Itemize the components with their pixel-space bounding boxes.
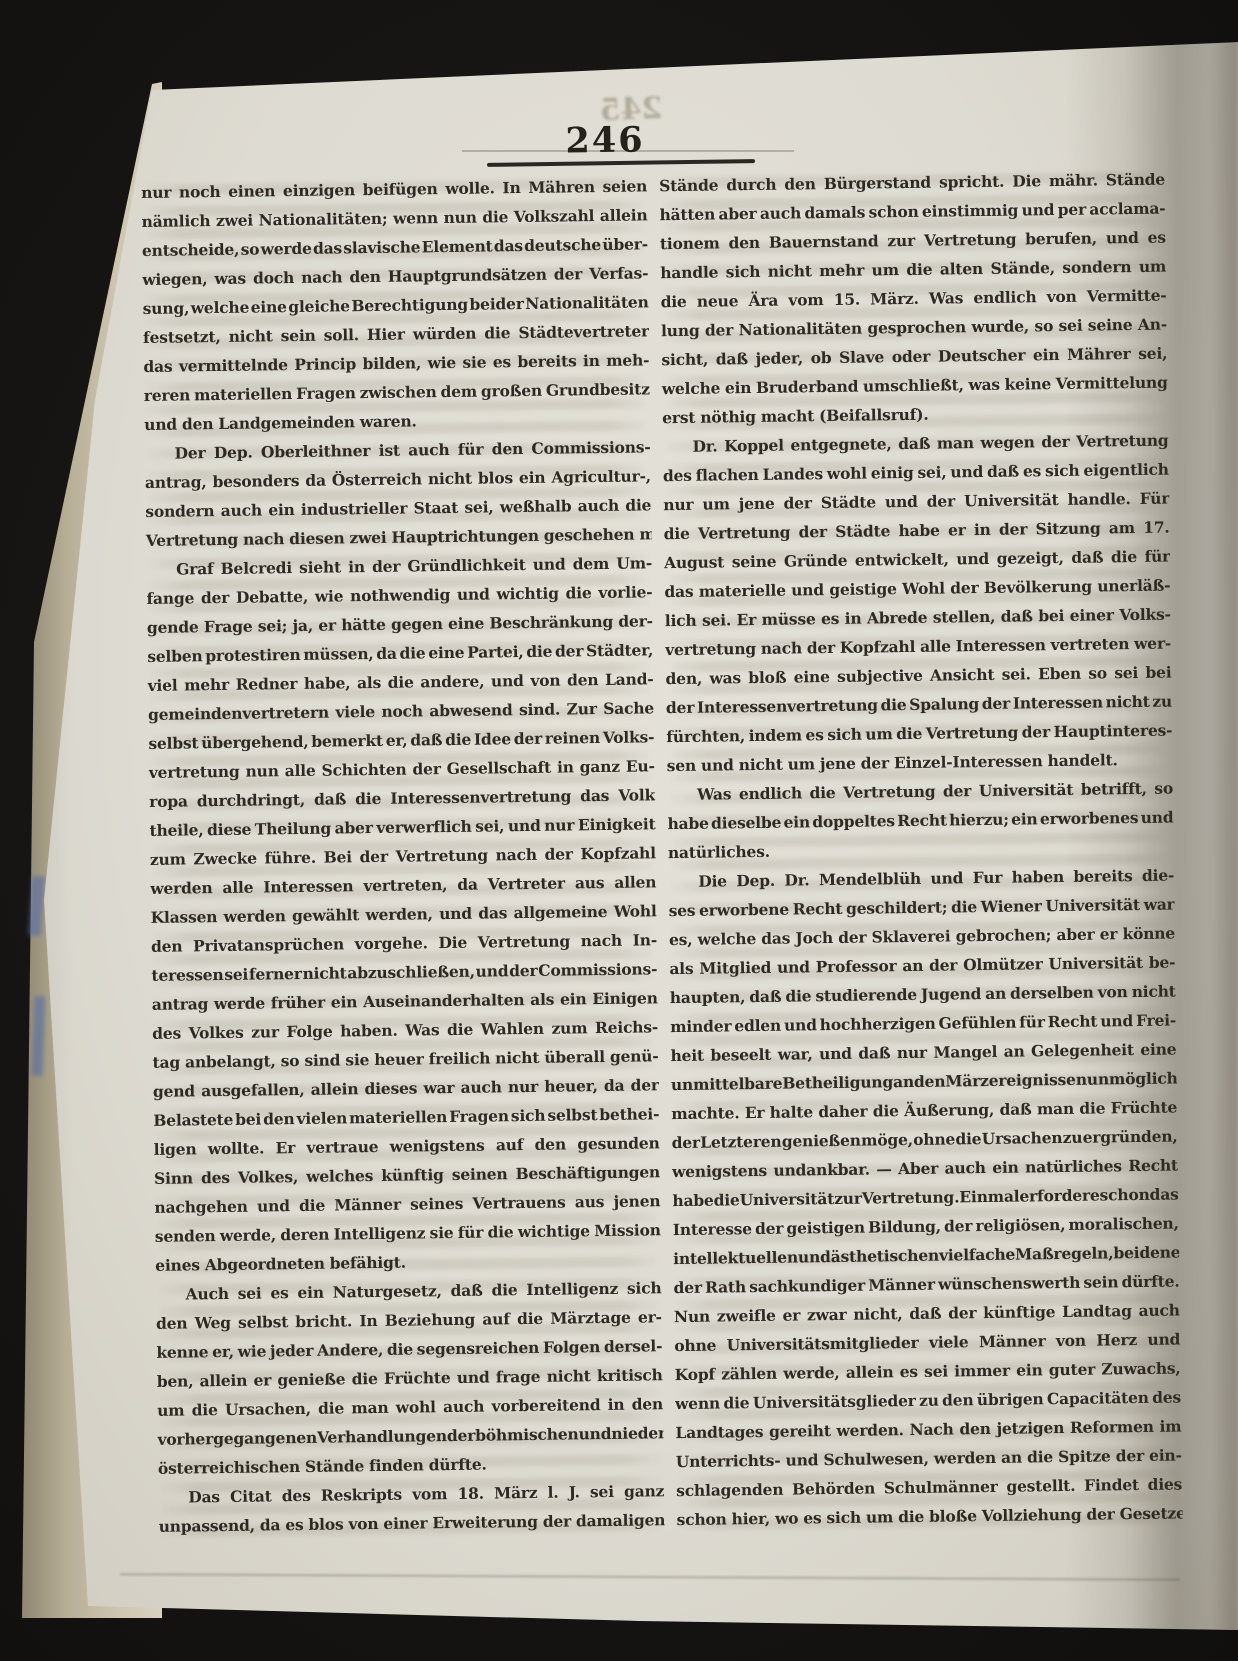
paragraph: Dr.Koppelentgegnete,daßmanwegenderVertre… xyxy=(662,426,1173,781)
paragraph: AuchseieseinNaturgesetz,daßdieIntelligen… xyxy=(155,1273,664,1483)
scanned-book-photo: 245 246 nurnocheineneinzigenbeifügenwoll… xyxy=(0,0,1238,1661)
page-header: 245 246 xyxy=(0,0,1238,180)
page-text: nurnocheineneinzigenbeifügenwolle.InMähr… xyxy=(141,165,1185,1558)
paragraph: GrafBelcredisiehtinderGründlichkeitundde… xyxy=(146,548,661,1280)
book-page: 245 246 nurnocheineneinzigenbeifügenwoll… xyxy=(0,0,1238,1661)
paragraph: DerDep.OberleithneristauchfürdenCommissi… xyxy=(144,432,651,555)
text-line: unpassend,daesblosvoneinerErweiterungder… xyxy=(158,1505,664,1541)
page-bottom-crease xyxy=(120,1573,1180,1581)
paragraph: StändedurchdenBürgerstandspricht.Diemähr… xyxy=(659,165,1168,433)
paragraph: WasendlichdieVertretungderUniversitätbet… xyxy=(667,774,1174,868)
text-line: schonhier,woessichumdiebloßeVollziehungd… xyxy=(676,1498,1182,1534)
page-number: 246 xyxy=(505,119,706,163)
paragraph: nurnocheineneinzigenbeifügenwolle.InMähr… xyxy=(141,171,650,439)
gutter-shadow xyxy=(1128,40,1238,1640)
text-column-left: nurnocheineneinzigenbeifügenwolle.InMähr… xyxy=(141,171,665,1541)
text-column-right: StändedurchdenBürgerstandspricht.Diemähr… xyxy=(659,165,1183,1535)
paragraph: DieDep.Dr.MendelblühundFurhabenbereitsdi… xyxy=(668,861,1183,1535)
paragraph: DasCitatdesReskriptsvom18.Märzl.J.seigan… xyxy=(158,1476,665,1541)
